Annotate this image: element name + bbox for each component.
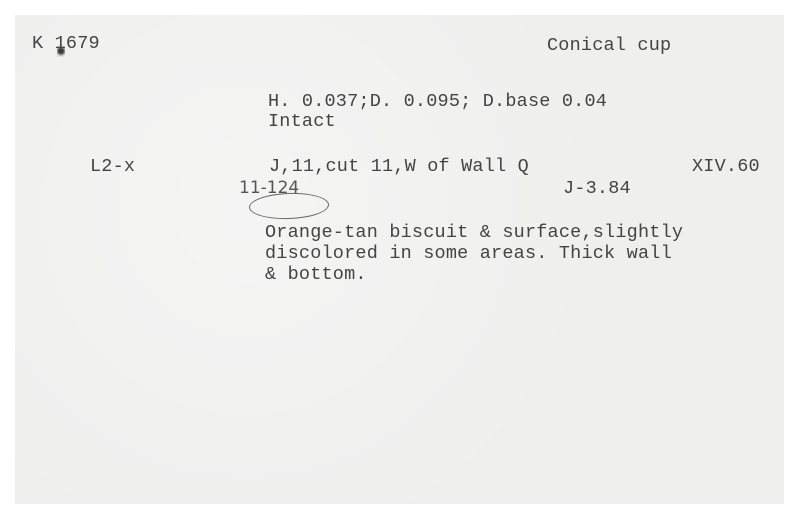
catalog-number: K 1679 bbox=[32, 34, 100, 54]
locus: L2-x bbox=[90, 157, 135, 177]
catalog-card: K 1679 Conical cup H. 0.037;D. 0.095; D.… bbox=[15, 15, 784, 504]
date-code: J-3.84 bbox=[563, 179, 631, 199]
findspot: J,11,cut 11,W of Wall Q bbox=[269, 157, 529, 177]
description-line-3: & bottom. bbox=[265, 265, 367, 285]
field-number: 11-124 bbox=[239, 178, 299, 198]
description-line-1: Orange-tan biscuit & surface,slightly bbox=[265, 223, 683, 243]
object-type: Conical cup bbox=[547, 36, 671, 56]
condition: Intact bbox=[268, 112, 336, 132]
description-line-2: discolored in some areas. Thick wall bbox=[265, 244, 672, 264]
dimensions: H. 0.037;D. 0.095; D.base 0.04 bbox=[268, 92, 607, 112]
period: XIV.60 bbox=[692, 157, 760, 177]
